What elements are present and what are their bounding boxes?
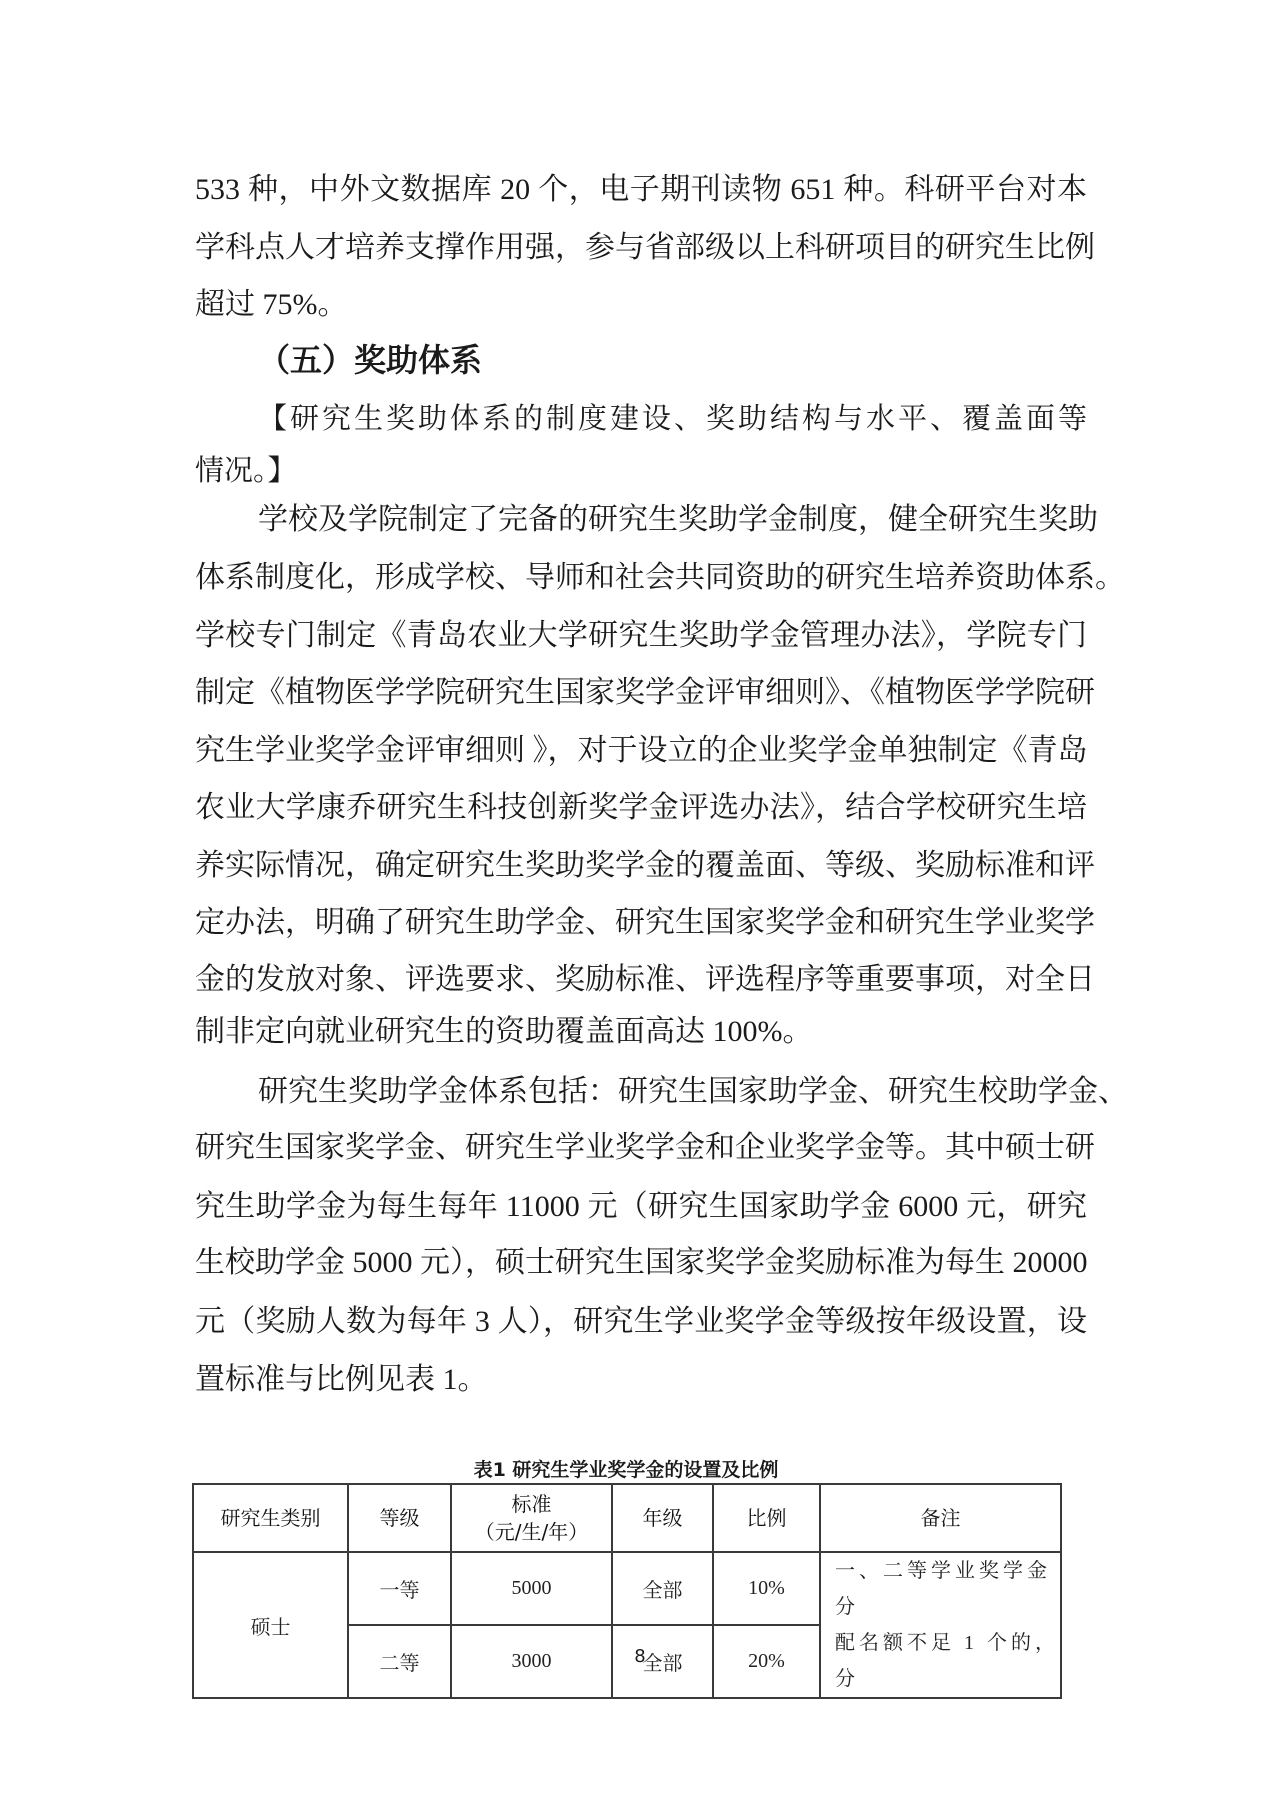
header-standard-line2: （元/生/年） [452,1518,611,1546]
header-ratio: 比例 [713,1484,820,1552]
note-line: 一、二等学业奖学金分 [835,1553,1060,1625]
paragraph-1-line: 制定《植物医学学院研究生国家奖学金评审细则》、《植物医学学院研 [195,673,1087,713]
body-line: 533 种，中外文数据库 20 个，电子期刊读物 651 种。科研平台对本 [195,170,1087,210]
paragraph-2-line: 究生助学金为每生每年 11000 元（研究生国家助学金 6000 元，研究 [195,1187,1087,1227]
prompt-line: 【研究生奖助体系的制度建设、奖助结构与水平、覆盖面等 [258,398,1087,438]
paragraph-1-line: 金的发放对象、评选要求、奖励标准、评选程序等重要事项，对全日 [195,960,1087,1000]
table-caption: 表1 研究生学业奖学金的设置及比例 [192,1458,1060,1482]
paragraph-1-line: 究生学业奖学金评审细则 》，对于设立的企业奖学金单独制定《青岛 [195,731,1087,771]
cell-grade: 一等 [348,1552,451,1625]
paragraph-2-line: 生校助学金 5000 元），硕士研究生国家奖学金奖励标准为每生 20000 [195,1243,1087,1283]
cell-year: 全部 [612,1552,713,1625]
prompt-line: 情况。】 [195,450,1087,490]
paragraph-1-line: 学校专门制定《青岛农业大学研究生奖助学金管理办法》，学院专门 [195,616,1087,656]
header-note: 备注 [820,1484,1061,1552]
page-number: 8 [0,1646,1280,1667]
paragraph-1-line: 体系制度化，形成学校、导师和社会共同资助的研究生培养资助体系。 [195,558,1087,598]
cell-category: 硕士 [193,1552,348,1698]
body-line: 超过 75%。 [195,285,1087,325]
cell-standard: 5000 [451,1552,612,1625]
header-grade: 等级 [348,1484,451,1552]
header-standard: 标准 （元/生/年） [451,1484,612,1552]
table-row: 硕士 一等 5000 全部 10% 一、二等学业奖学金分 配名额不足 1 个的，… [193,1552,1061,1625]
section-heading: （五）奖助体系 [258,338,482,382]
paragraph-1-line: 定办法，明确了研究生助学金、研究生国家奖学金和研究生学业奖学 [195,903,1087,943]
table-header-row: 研究生类别 等级 标准 （元/生/年） 年级 比例 备注 [193,1484,1061,1552]
cell-ratio: 10% [713,1552,820,1625]
paragraph-1-line: 农业大学康乔研究生科技创新奖学金评选办法》，结合学校研究生培 [195,788,1087,828]
paragraph-2-line: 研究生奖助学金体系包括：研究生国家助学金、研究生校助学金、 [258,1072,1087,1112]
paragraph-1-line: 制非定向就业研究生的资助覆盖面高达 100%。 [195,1012,1087,1052]
header-year: 年级 [612,1484,713,1552]
cell-note: 一、二等学业奖学金分 配名额不足 1 个的，分 [820,1552,1061,1698]
paragraph-2-line: 置标准与比例见表 1。 [195,1360,1087,1400]
header-category: 研究生类别 [193,1484,348,1552]
header-standard-line1: 标准 [452,1490,611,1518]
paragraph-1-line: 养实际情况，确定研究生奖助奖学金的覆盖面、等级、奖励标准和评 [195,846,1087,886]
paragraph-2-line: 元（奖励人数为每年 3 人），研究生学业奖学金等级按年级设置，设 [195,1302,1087,1342]
paragraph-1-line: 学校及学院制定了完备的研究生奖助学金制度，健全研究生奖助 [258,500,1087,540]
paragraph-2-line: 研究生国家奖学金、研究生学业奖学金和企业奖学金等。其中硕士研 [195,1128,1087,1168]
body-line: 学科点人才培养支撑作用强，参与省部级以上科研项目的研究生比例 [195,228,1087,268]
